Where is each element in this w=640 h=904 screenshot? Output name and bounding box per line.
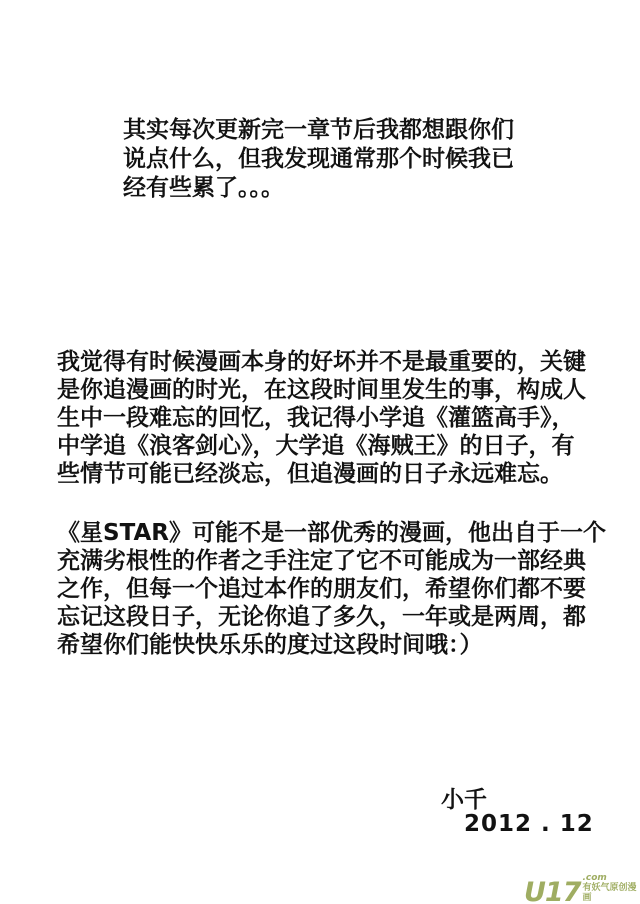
u17-watermark-text: .com 有妖气原创漫画	[583, 874, 640, 904]
u17-watermark: U17 .com 有妖气原创漫画	[524, 874, 640, 904]
paragraph-intro: 其实每次更新完一章节后我都想跟你们 说点什么，但我发现通常那个时候我已 经有些累…	[123, 111, 514, 198]
text-line: 些情节可能已经淡忘，但追漫画的日子永远难忘。	[57, 455, 586, 483]
text-line: 经有些累了。。。	[123, 169, 514, 198]
comic-afterword-page: 其实每次更新完一章节后我都想跟你们 说点什么，但我发现通常那个时候我已 经有些累…	[0, 0, 640, 904]
text-line: 是你追漫画的时光，在这段时间里发生的事，构成人	[57, 371, 586, 399]
u17-domain-label: .com	[583, 874, 640, 883]
signature-date: 2012 . 12	[464, 811, 594, 837]
text-line: 中学追《浪客剑心》，大学追《海贼王》的日子，有	[57, 427, 586, 455]
paragraph-star-message: 《星STAR》可能不是一部优秀的漫画，他出自于一个 充满劣根性的作者之手注定了它…	[57, 514, 606, 654]
text-line: 我觉得有时候漫画本身的好坏并不是最重要的，关键	[57, 343, 586, 371]
text-line: 希望你们能快快乐乐的度过这段时间哦：）	[57, 626, 606, 654]
text-line: 说点什么，但我发现通常那个时候我已	[123, 140, 514, 169]
u17-tagline: 有妖气原创漫画	[583, 883, 640, 904]
text-line: 充满劣根性的作者之手注定了它不可能成为一部经典	[57, 542, 606, 570]
text-line: 之作，但每一个追过本作的朋友们，希望你们都不要	[57, 570, 606, 598]
text-line: 生中一段难忘的回忆，我记得小学追《灌篮高手》，	[57, 399, 586, 427]
u17-logo: U17	[524, 882, 581, 904]
text-line: 忘记这段日子，无论你追了多久，一年或是两周，都	[57, 598, 606, 626]
author-signature: 小千	[441, 781, 487, 814]
paragraph-memories: 我觉得有时候漫画本身的好坏并不是最重要的，关键 是你追漫画的时光，在这段时间里发…	[57, 343, 586, 483]
text-line: 《星STAR》可能不是一部优秀的漫画，他出自于一个	[57, 514, 606, 542]
text-line: 其实每次更新完一章节后我都想跟你们	[123, 111, 514, 140]
